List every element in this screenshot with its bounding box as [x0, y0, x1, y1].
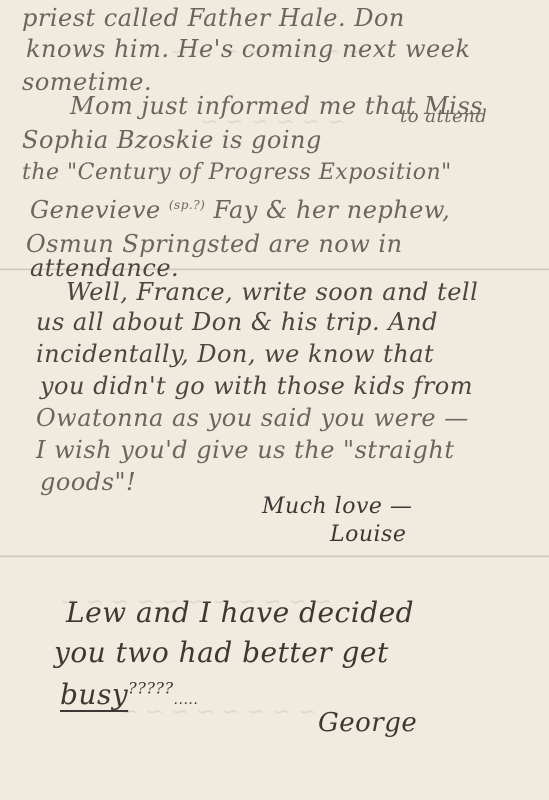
signature-george: George: [318, 708, 417, 738]
letter-line: Sophia Bzoskie is going: [22, 126, 322, 154]
letter-line-insert: to attend: [400, 106, 487, 127]
letter-line: you didn't go with those kids from: [40, 372, 473, 400]
question-marks: ?????: [128, 679, 173, 698]
dots: .....: [174, 692, 199, 708]
closing: Much love —: [262, 494, 412, 519]
letter-line: Owatonna as you said you were —: [36, 404, 469, 432]
letter-line: Genevieve (sp.?) Fay & her nephew,: [30, 196, 450, 224]
signature-louise: Louise: [330, 522, 406, 547]
letter-line: I wish you'd give us the "straight: [36, 436, 454, 464]
spelling-note: (sp.?): [169, 198, 205, 212]
letter-line: busy?????.....: [60, 678, 198, 711]
letter-line: knows him. He's coming next week: [26, 35, 471, 63]
letter-line: incidentally, Don, we know that: [36, 340, 434, 368]
letter-line: Well, France, write soon and tell: [66, 278, 478, 306]
emphasized-word: busy: [60, 678, 128, 711]
letter-line: Lew and I have decided: [66, 596, 414, 629]
name-fay: Fay & her nephew,: [213, 196, 450, 224]
letter-page: ~ ~ ~ ~ ~ ~ ~ ~ ~ ~ ~ ~ ~ ~ ~ ~ ~ ~ ~ ~ …: [0, 0, 549, 800]
letter-line: the "Century of Progress Exposition": [22, 160, 452, 185]
name-genevieve: Genevieve: [30, 196, 161, 224]
letter-line: priest called Father Hale. Don: [22, 4, 405, 32]
letter-line: you two had better get: [54, 636, 389, 669]
letter-line: us all about Don & his trip. And: [36, 308, 438, 336]
letter-line: goods"!: [40, 468, 136, 496]
paper-fold: [0, 555, 549, 558]
